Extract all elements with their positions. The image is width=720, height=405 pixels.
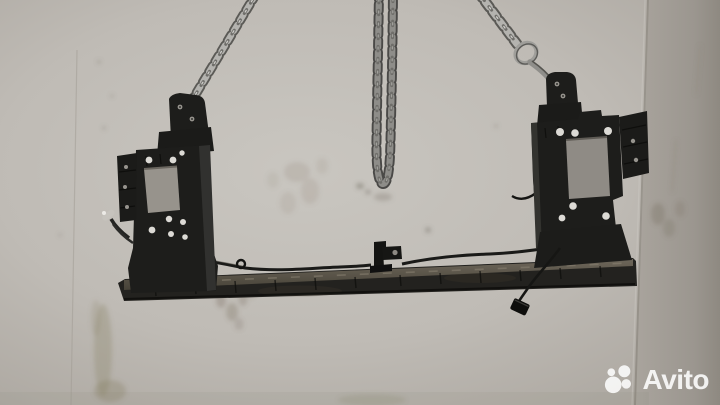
listing-photo: Avito — [0, 0, 720, 405]
left-bracket-side-flange — [117, 153, 137, 222]
photo-scene — [0, 0, 720, 405]
left-bracket-cutout — [144, 167, 180, 214]
right-bracket-cutout — [566, 137, 610, 199]
